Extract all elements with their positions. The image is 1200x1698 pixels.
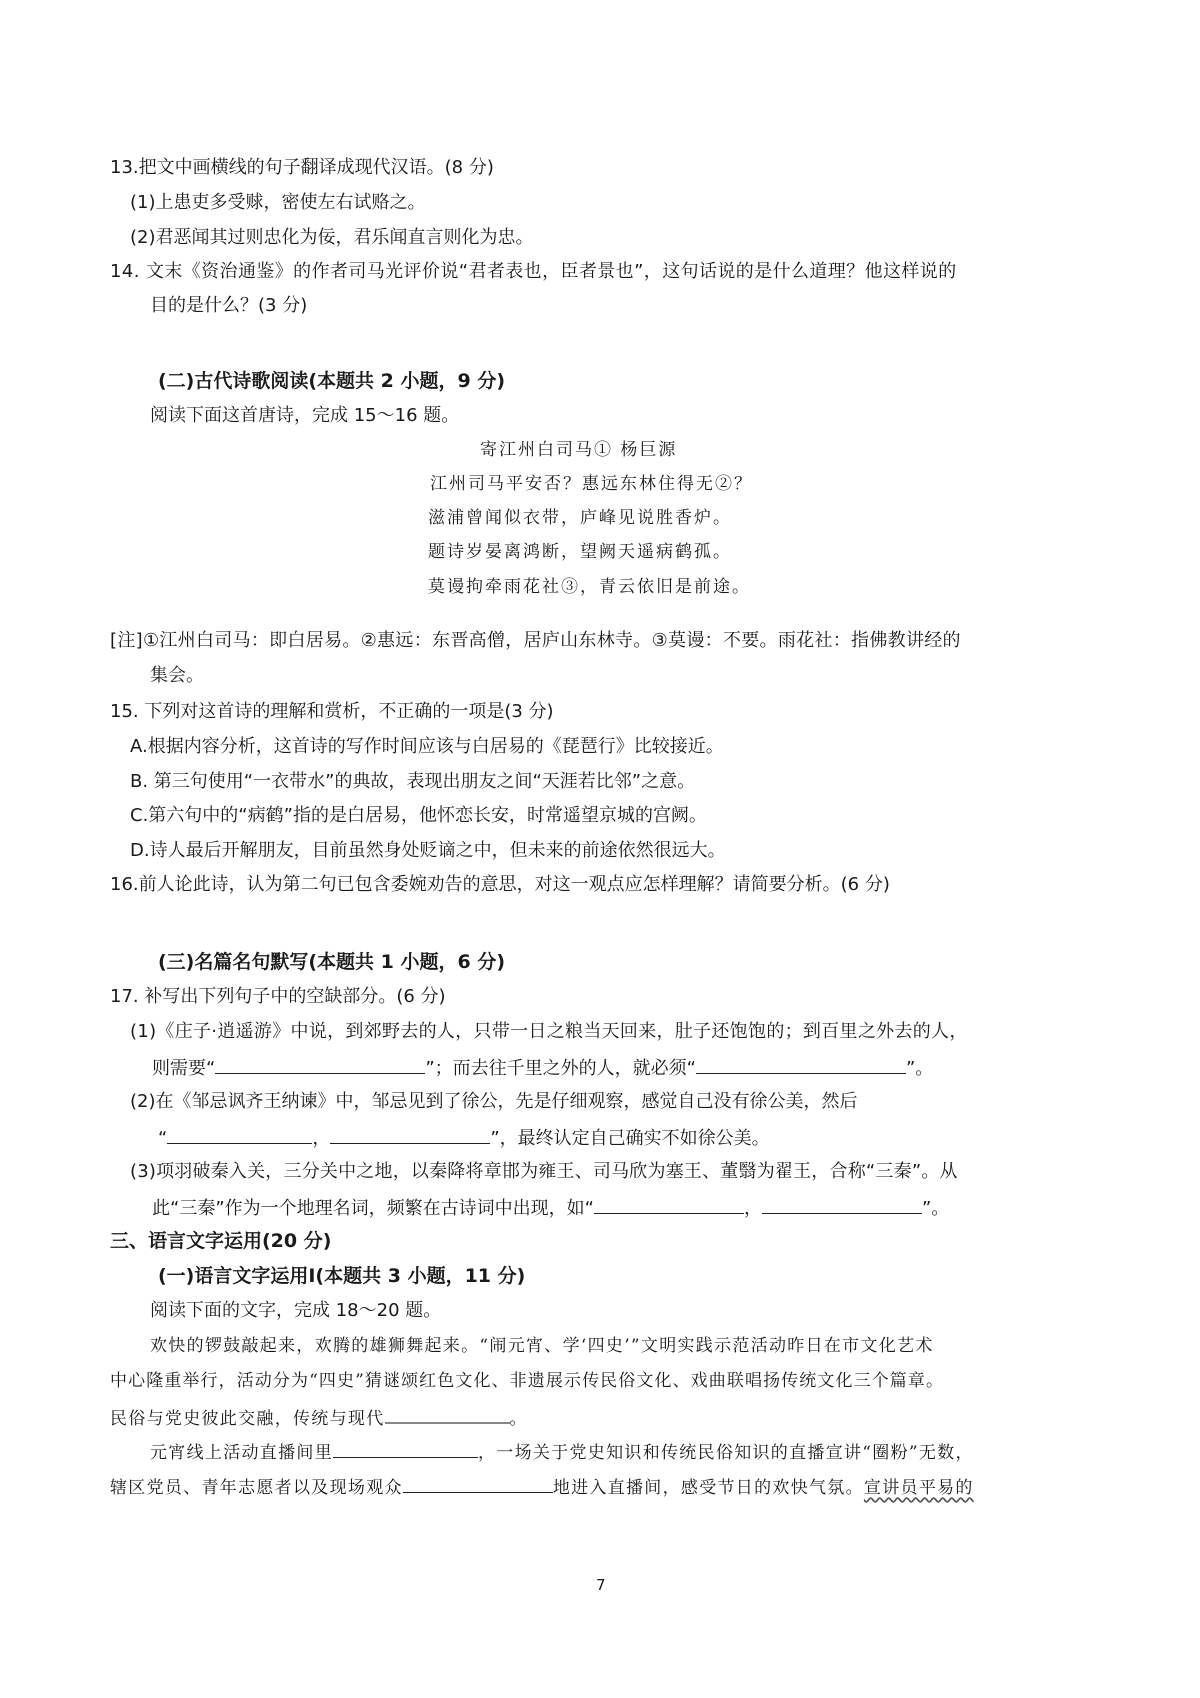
passage-p1-line-3-text: 民俗与党史彼此交融，传统与现代 xyxy=(110,1409,385,1429)
poetry-intro: 阅读下面这首唐诗，完成 15～16 题。 xyxy=(150,404,459,428)
page-number: 7 xyxy=(596,1576,606,1594)
passage-p2-line-1-text-a: 元宵线上活动直播间里 xyxy=(150,1443,333,1463)
passage-p1-line-2: 中心隆重举行，活动分为“四史”猜谜颂红色文化、非遗展示传民俗文化、戏曲联唱扬传统… xyxy=(110,1369,944,1393)
language-intro: 阅读下面的文字，完成 18～20 题。 xyxy=(150,1299,441,1323)
answer-blank-6[interactable] xyxy=(762,1195,922,1214)
q15-option-a: A.根据内容分析，这首诗的写作时间应该与白居易的《琵琶行》比较接近。 xyxy=(130,735,724,759)
q17-item-3-text-a: 此“三秦”作为一个地理名词，频繁在古诗词中出现，如“ xyxy=(152,1198,594,1219)
poem-note-line-2: 集会。 xyxy=(150,664,204,688)
wavy-underlined-phrase: 宣讲员平易的 xyxy=(864,1478,974,1498)
q15-option-c: C.第六句中的“病鹤”指的是白居易，他怀恋长安，时常遥望京城的宫阙。 xyxy=(130,804,707,828)
passage-blank-3[interactable] xyxy=(403,1474,553,1493)
q13-stem: 13.把文中画横线的句子翻译成现代汉语。(8 分) xyxy=(110,156,494,180)
passage-blank-1[interactable] xyxy=(385,1404,510,1424)
passage-p1-line-3-end: 。 xyxy=(510,1409,528,1429)
q17-item-2-text-b: ， xyxy=(312,1128,330,1149)
answer-blank-1[interactable] xyxy=(215,1055,425,1074)
q17-item-1-text-c: ”。 xyxy=(906,1058,933,1079)
passage-p2-line-2: 辖区党员、青年志愿者以及现场观众地进入直播间，感受节日的欢快气氛。宣讲员平易的 xyxy=(110,1474,974,1500)
poem-line-3: 题诗岁晏离鸿断，望阙天遥病鹤孤。 xyxy=(428,540,732,564)
poem-line-2: 滋浦曾闻似衣带，庐峰见说胜香炉。 xyxy=(428,506,732,530)
q14-line-2: 目的是什么？(3 分) xyxy=(150,294,307,318)
q15-option-d: D.诗人最后开解朋友，目前虽然身处贬谪之中，但未来的前途依然很远大。 xyxy=(130,839,726,863)
q15-stem: 15. 下列对这首诗的理解和赏析，不正确的一项是(3 分) xyxy=(110,700,554,724)
q17-item-3-line-1: (3)项羽破秦入关，三分关中之地，以秦降将章邯为雍王、司马欣为塞王、董翳为翟王，… xyxy=(130,1160,958,1184)
q13-item-2: (2)君恶闻其过则忠化为佞，君乐闻直言则化为忠。 xyxy=(130,226,534,250)
q17-item-1-line-2: 则需要“”；而去往千里之外的人，就必须“”。 xyxy=(152,1055,933,1081)
q17-item-3-text-b: ， xyxy=(744,1198,762,1219)
answer-blank-4[interactable] xyxy=(330,1125,490,1144)
answer-blank-5[interactable] xyxy=(594,1195,744,1214)
passage-p2-line-1: 元宵线上活动直播间里，一场关于党史知识和传统民俗知识的直播宣讲“圈粉”无数， xyxy=(150,1439,974,1465)
passage-blank-2[interactable] xyxy=(333,1439,478,1458)
q17-item-2-line-1: (2)在《邹忌讽齐王纳谏》中，邹忌见到了徐公，先是仔细观察，感觉自己没有徐公美，… xyxy=(130,1090,858,1114)
poem-title: 寄江州白司马① 杨巨源 xyxy=(480,438,677,462)
q17-stem: 17. 补写出下列句子中的空缺部分。(6 分) xyxy=(110,985,446,1009)
answer-blank-2[interactable] xyxy=(696,1055,906,1074)
passage-p2-line-2-text-b: 地进入直播间，感受节日的欢快气氛。 xyxy=(553,1478,864,1498)
q17-item-3-line-2: 此“三秦”作为一个地理名词，频繁在古诗词中出现，如“，”。 xyxy=(152,1195,949,1221)
poem-line-4: 莫谩拘牵雨花社③，青云依旧是前途。 xyxy=(428,575,751,599)
q15-option-b: B. 第三句使用“一衣带水”的典故，表现出朋友之间“天涯若比邻”之意。 xyxy=(130,770,695,794)
poem-note-line-1: [注]①江州白司马：即白居易。②惠远：东晋高僧，居庐山东林寺。③莫谩：不要。雨花… xyxy=(110,629,961,653)
answer-blank-3[interactable] xyxy=(167,1125,312,1144)
q17-item-2-line-2: “，”，最终认定自己确实不如徐公美。 xyxy=(158,1125,770,1151)
q17-item-1-text-a: 则需要“ xyxy=(152,1058,215,1079)
passage-p1-line-1: 欢快的锣鼓敲起来，欢腾的雄狮舞起来。“闹元宵、学‘四史’”文明实践示范活动昨日在… xyxy=(150,1334,934,1358)
q16-stem: 16.前人论此诗，认为第二句已包含委婉劝告的意思，对这一观点应怎样理解？请简要分… xyxy=(110,873,890,897)
passage-p2-line-1-text-b: ，一场关于党史知识和传统民俗知识的直播宣讲“圈粉”无数， xyxy=(478,1443,974,1463)
q14-line-1: 14. 文末《资治通鉴》的作者司马光评价说“君者表也，臣者景也”，这句话说的是什… xyxy=(110,260,957,284)
q17-item-2-text-c: ”，最终认定自己确实不如徐公美。 xyxy=(490,1128,769,1149)
section-heading-poetry: (二)古代诗歌阅读(本题共 2 小题，9 分) xyxy=(158,369,505,393)
passage-p1-line-3: 民俗与党史彼此交融，传统与现代。 xyxy=(110,1404,528,1431)
q17-item-1-text-b: ”；而去往千里之外的人，就必须“ xyxy=(425,1058,696,1079)
q17-item-1-line-1: (1)《庄子·逍遥游》中说，到郊野去的人，只带一日之粮当天回来，肚子还饱饱的；到… xyxy=(130,1020,968,1044)
section-heading-recitation: (三)名篇名句默写(本题共 1 小题，6 分) xyxy=(158,950,505,974)
passage-p2-line-2-text-a: 辖区党员、青年志愿者以及现场观众 xyxy=(110,1478,403,1498)
part-heading-language-use: 三、语言文字运用(20 分) xyxy=(110,1229,331,1253)
section-heading-language-use-1: (一)语言文字运用Ⅰ(本题共 3 小题，11 分) xyxy=(158,1264,525,1288)
q17-item-2-text-a: “ xyxy=(158,1128,167,1149)
q17-item-3-text-c: ”。 xyxy=(922,1198,949,1219)
poem-line-1: 江州司马平安否？惠远东林住得无②？ xyxy=(430,472,753,496)
q13-item-1: (1)上患吏多受赇，密使左右试赂之。 xyxy=(130,191,426,215)
